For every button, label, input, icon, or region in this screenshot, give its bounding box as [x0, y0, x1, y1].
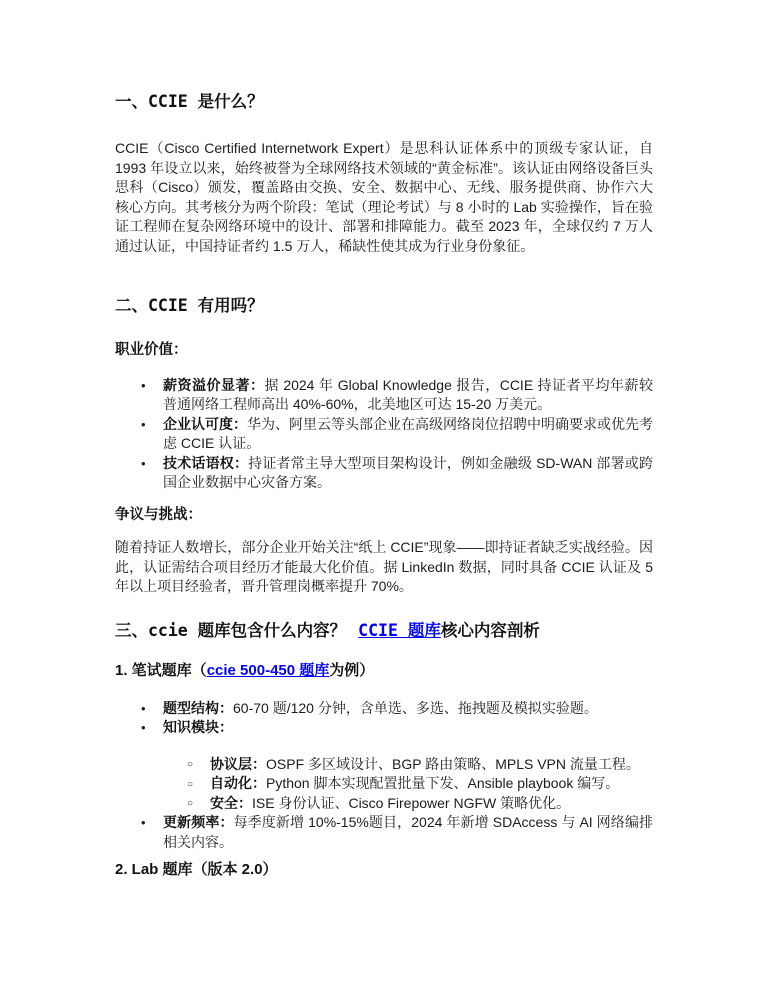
bullet-icon: • — [141, 376, 146, 396]
written-exam-title-prefix: 1. 笔试题库（ — [115, 662, 207, 679]
sub-list-item: ○安全：ISE 身份认证、Cisco Firepower NGFW 策略优化。 — [115, 794, 653, 814]
written-exam-title-suffix: 为例） — [329, 662, 374, 679]
lab-exam-bank-title: 2. Lab 题库（版本 2.0） — [115, 860, 653, 880]
bullet-icon: • — [141, 454, 146, 474]
sub-list-item: ○协议层：OSPF 多区域设计、BGP 路由策略、MPLS VPN 流量工程。 — [115, 755, 653, 775]
list-item: •知识模块： — [115, 718, 653, 738]
sub-list-item-label: 协议层： — [210, 756, 266, 772]
sub-list-item-text: ISE 身份认证、Cisco Firepower NGFW 策略优化。 — [252, 795, 570, 811]
document-page: 一、CCIE 是什么？ CCIE（Cisco Certified Interne… — [0, 0, 768, 994]
section-heading-3-suffix: 核心内容剖析 — [441, 621, 540, 640]
section-heading-3-prefix: 三、ccie 题库包含什么内容？ — [115, 621, 346, 640]
list-item: •题型结构：60-70 题/120 分钟，含单选、多选、拖拽题及模拟实验题。 — [115, 699, 653, 719]
sub-list-item-label: 自动化： — [210, 775, 266, 791]
section-heading-1-text: 一、CCIE 是什么？ — [115, 92, 264, 111]
sub-list-item-text: Python 脚本实现配置批量下发、Ansible playbook 编写。 — [266, 775, 619, 791]
knowledge-module-sublist: ○协议层：OSPF 多区域设计、BGP 路由策略、MPLS VPN 流量工程。 … — [115, 755, 653, 814]
list-item-label: 知识模块： — [163, 719, 233, 735]
ccie-500-450-bank-link[interactable]: ccie 500-450 题库 — [207, 662, 330, 679]
section-heading-2: 二、CCIE 有用吗？ — [115, 295, 653, 317]
section-heading-1: 一、CCIE 是什么？ — [115, 91, 653, 113]
sub-list-item-label: 安全： — [210, 795, 252, 811]
list-item: •技术话语权：持证者常主导大型项目架构设计，例如金融级 SD-WAN 部署或跨国… — [115, 454, 653, 493]
list-item-text: 每季度新增 10%-15%题目，2024 年新增 SDAccess 与 AI 网… — [163, 814, 653, 850]
section-heading-3: 三、ccie 题库包含什么内容？CCIE 题库核心内容剖析 — [115, 620, 653, 642]
sub-list-item: ○自动化：Python 脚本实现配置批量下发、Ansible playbook … — [115, 774, 653, 794]
bullet-icon: • — [141, 718, 146, 738]
section-heading-2-text: 二、CCIE 有用吗？ — [115, 296, 264, 315]
career-value-list: •薪资溢价显著：据 2024 年 Global Knowledge 报告，CCI… — [115, 376, 653, 493]
list-item: •更新频率：每季度新增 10%-15%题目，2024 年新增 SDAccess … — [115, 813, 653, 852]
bullet-icon: • — [141, 415, 146, 435]
bullet-icon: • — [141, 813, 146, 833]
circle-bullet-icon: ○ — [187, 755, 193, 775]
list-item-label: 更新频率： — [163, 814, 234, 830]
written-exam-list: •题型结构：60-70 题/120 分钟，含单选、多选、拖拽题及模拟实验题。 •… — [115, 699, 653, 738]
challenge-heading: 争议与挑战： — [115, 506, 653, 526]
circle-bullet-icon: ○ — [187, 794, 193, 814]
update-frequency-list: •更新频率：每季度新增 10%-15%题目，2024 年新增 SDAccess … — [115, 813, 653, 852]
list-item: •企业认可度：华为、阿里云等头部企业在高级网络岗位招聘中明确要求或优先考虑 CC… — [115, 415, 653, 454]
list-item-text: 60-70 题/120 分钟，含单选、多选、拖拽题及模拟实验题。 — [233, 700, 598, 716]
ccie-question-bank-link[interactable]: CCIE 题库 — [358, 621, 441, 640]
list-item: •薪资溢价显著：据 2024 年 Global Knowledge 报告，CCI… — [115, 376, 653, 415]
list-item-label: 企业认可度： — [163, 416, 247, 432]
lab-exam-bank-title-text: 2. Lab 题库（版本 2.0） — [115, 861, 278, 878]
sub-list-item-text: OSPF 多区域设计、BGP 路由策略、MPLS VPN 流量工程。 — [266, 756, 640, 772]
written-exam-bank-title: 1. 笔试题库（ccie 500-450 题库为例） — [115, 661, 653, 681]
list-item-label: 技术话语权： — [163, 455, 248, 471]
challenge-paragraph: 随着持证人数增长，部分企业开始关注“纸上 CCIE”现象——即持证者缺乏实战经验… — [115, 538, 653, 597]
circle-bullet-icon: ○ — [187, 775, 193, 795]
career-value-heading: 职业价值： — [115, 341, 653, 361]
bullet-icon: • — [141, 699, 146, 719]
list-item-label: 题型结构： — [163, 700, 233, 716]
intro-paragraph: CCIE（Cisco Certified Internetwork Expert… — [115, 139, 653, 256]
list-item-label: 薪资溢价显著： — [163, 377, 264, 393]
